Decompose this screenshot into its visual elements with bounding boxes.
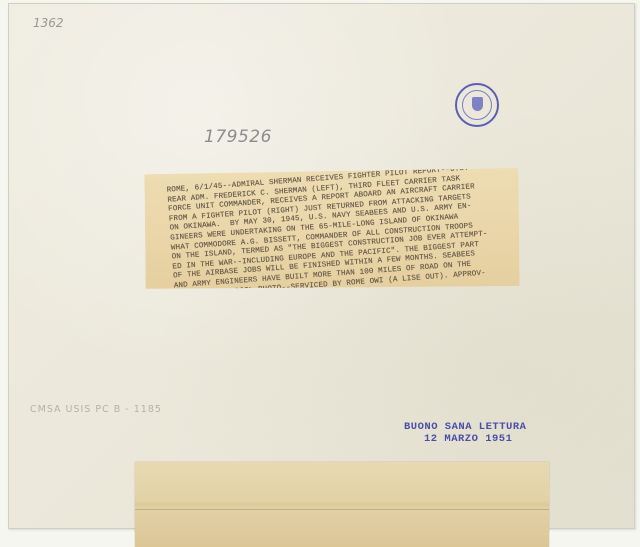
stamp-line-1: BUONO SANA LETTURA: [404, 421, 526, 433]
circular-stamp-seal-icon: [455, 83, 499, 127]
caption-clipping: ROME, 6/1/45--ADMIRAL SHERMAN RECEIVES F…: [144, 168, 519, 290]
inventory-number: 179526: [204, 127, 272, 147]
stamp-line-2: 12 MARZO 1951: [404, 433, 526, 445]
catalog-reference: CMSA USIS PC B - 1185: [30, 404, 162, 415]
shield-icon: [472, 97, 483, 111]
tape-fold-line: [135, 509, 549, 510]
pencil-note-top-left: 1362: [33, 16, 64, 30]
reading-stamp: BUONO SANA LETTURA 12 MARZO 1951: [404, 421, 526, 445]
adhesive-tape-strip: [135, 462, 549, 547]
